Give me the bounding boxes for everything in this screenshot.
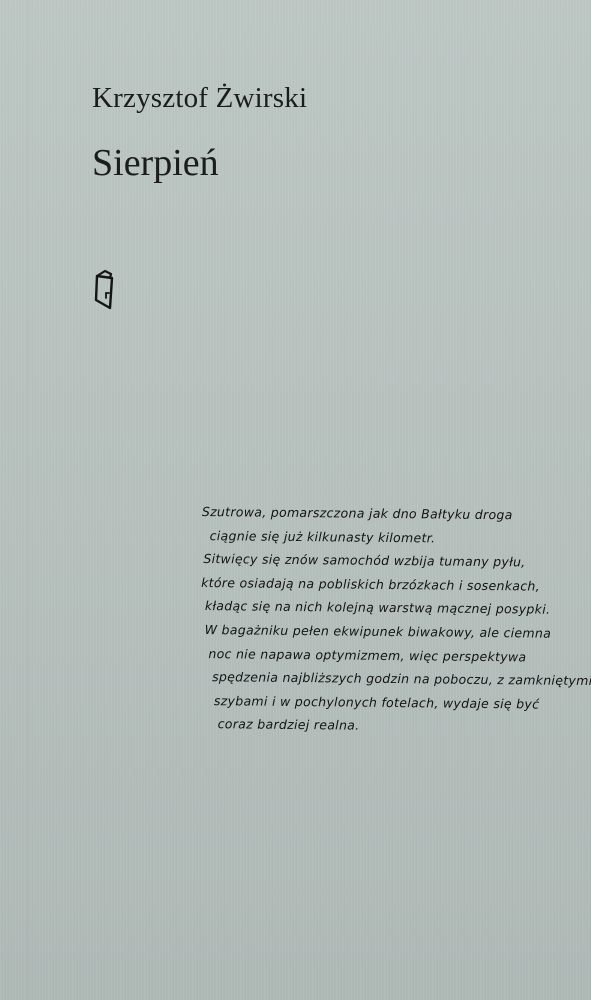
- handwriting-bleed-through: Szutrowa, pomarszczona ciągnie się już k…: [0, 502, 175, 738]
- handwriting-line: coraz bardziej realna.: [200, 712, 580, 740]
- handwriting-line: W bagażniku pełen ekwipunek biwakowy, al…: [201, 618, 581, 646]
- bleed-line: Sitwięcy się znów samochó: [0, 549, 175, 573]
- bleed-line: kładąc się na nich kolejn: [0, 596, 175, 620]
- handwritten-passage: Szutrowa, pomarszczona jak dno Bałtyku d…: [200, 500, 582, 740]
- bleed-line: spędzenia najbliższych g: [0, 667, 175, 691]
- bleed-line: ciągnie się już kilkunast: [0, 526, 175, 550]
- bleed-line: coraz bardziej realna: [0, 714, 175, 738]
- cover-crease: [27, 0, 29, 1000]
- book-cover: Krzysztof Żwirski Sierpień Szutrowa, pom…: [0, 0, 591, 1000]
- bleed-line: noc nie napawa optymizm: [0, 644, 175, 668]
- handwriting-line: Szutrowa, pomarszczona jak dno Bałtyku d…: [202, 500, 582, 528]
- bleed-line: które osiadają na pobl: [0, 573, 175, 597]
- bleed-line: W bagażniku pełen ekw: [0, 620, 175, 644]
- bleed-line: szybami i w pochylonych: [0, 691, 175, 715]
- bleed-line: Szutrowa, pomarszczona: [0, 502, 175, 526]
- author-name: Krzysztof Żwirski: [92, 82, 307, 115]
- book-title: Sierpień: [92, 141, 219, 185]
- book-logo-icon: [93, 268, 117, 314]
